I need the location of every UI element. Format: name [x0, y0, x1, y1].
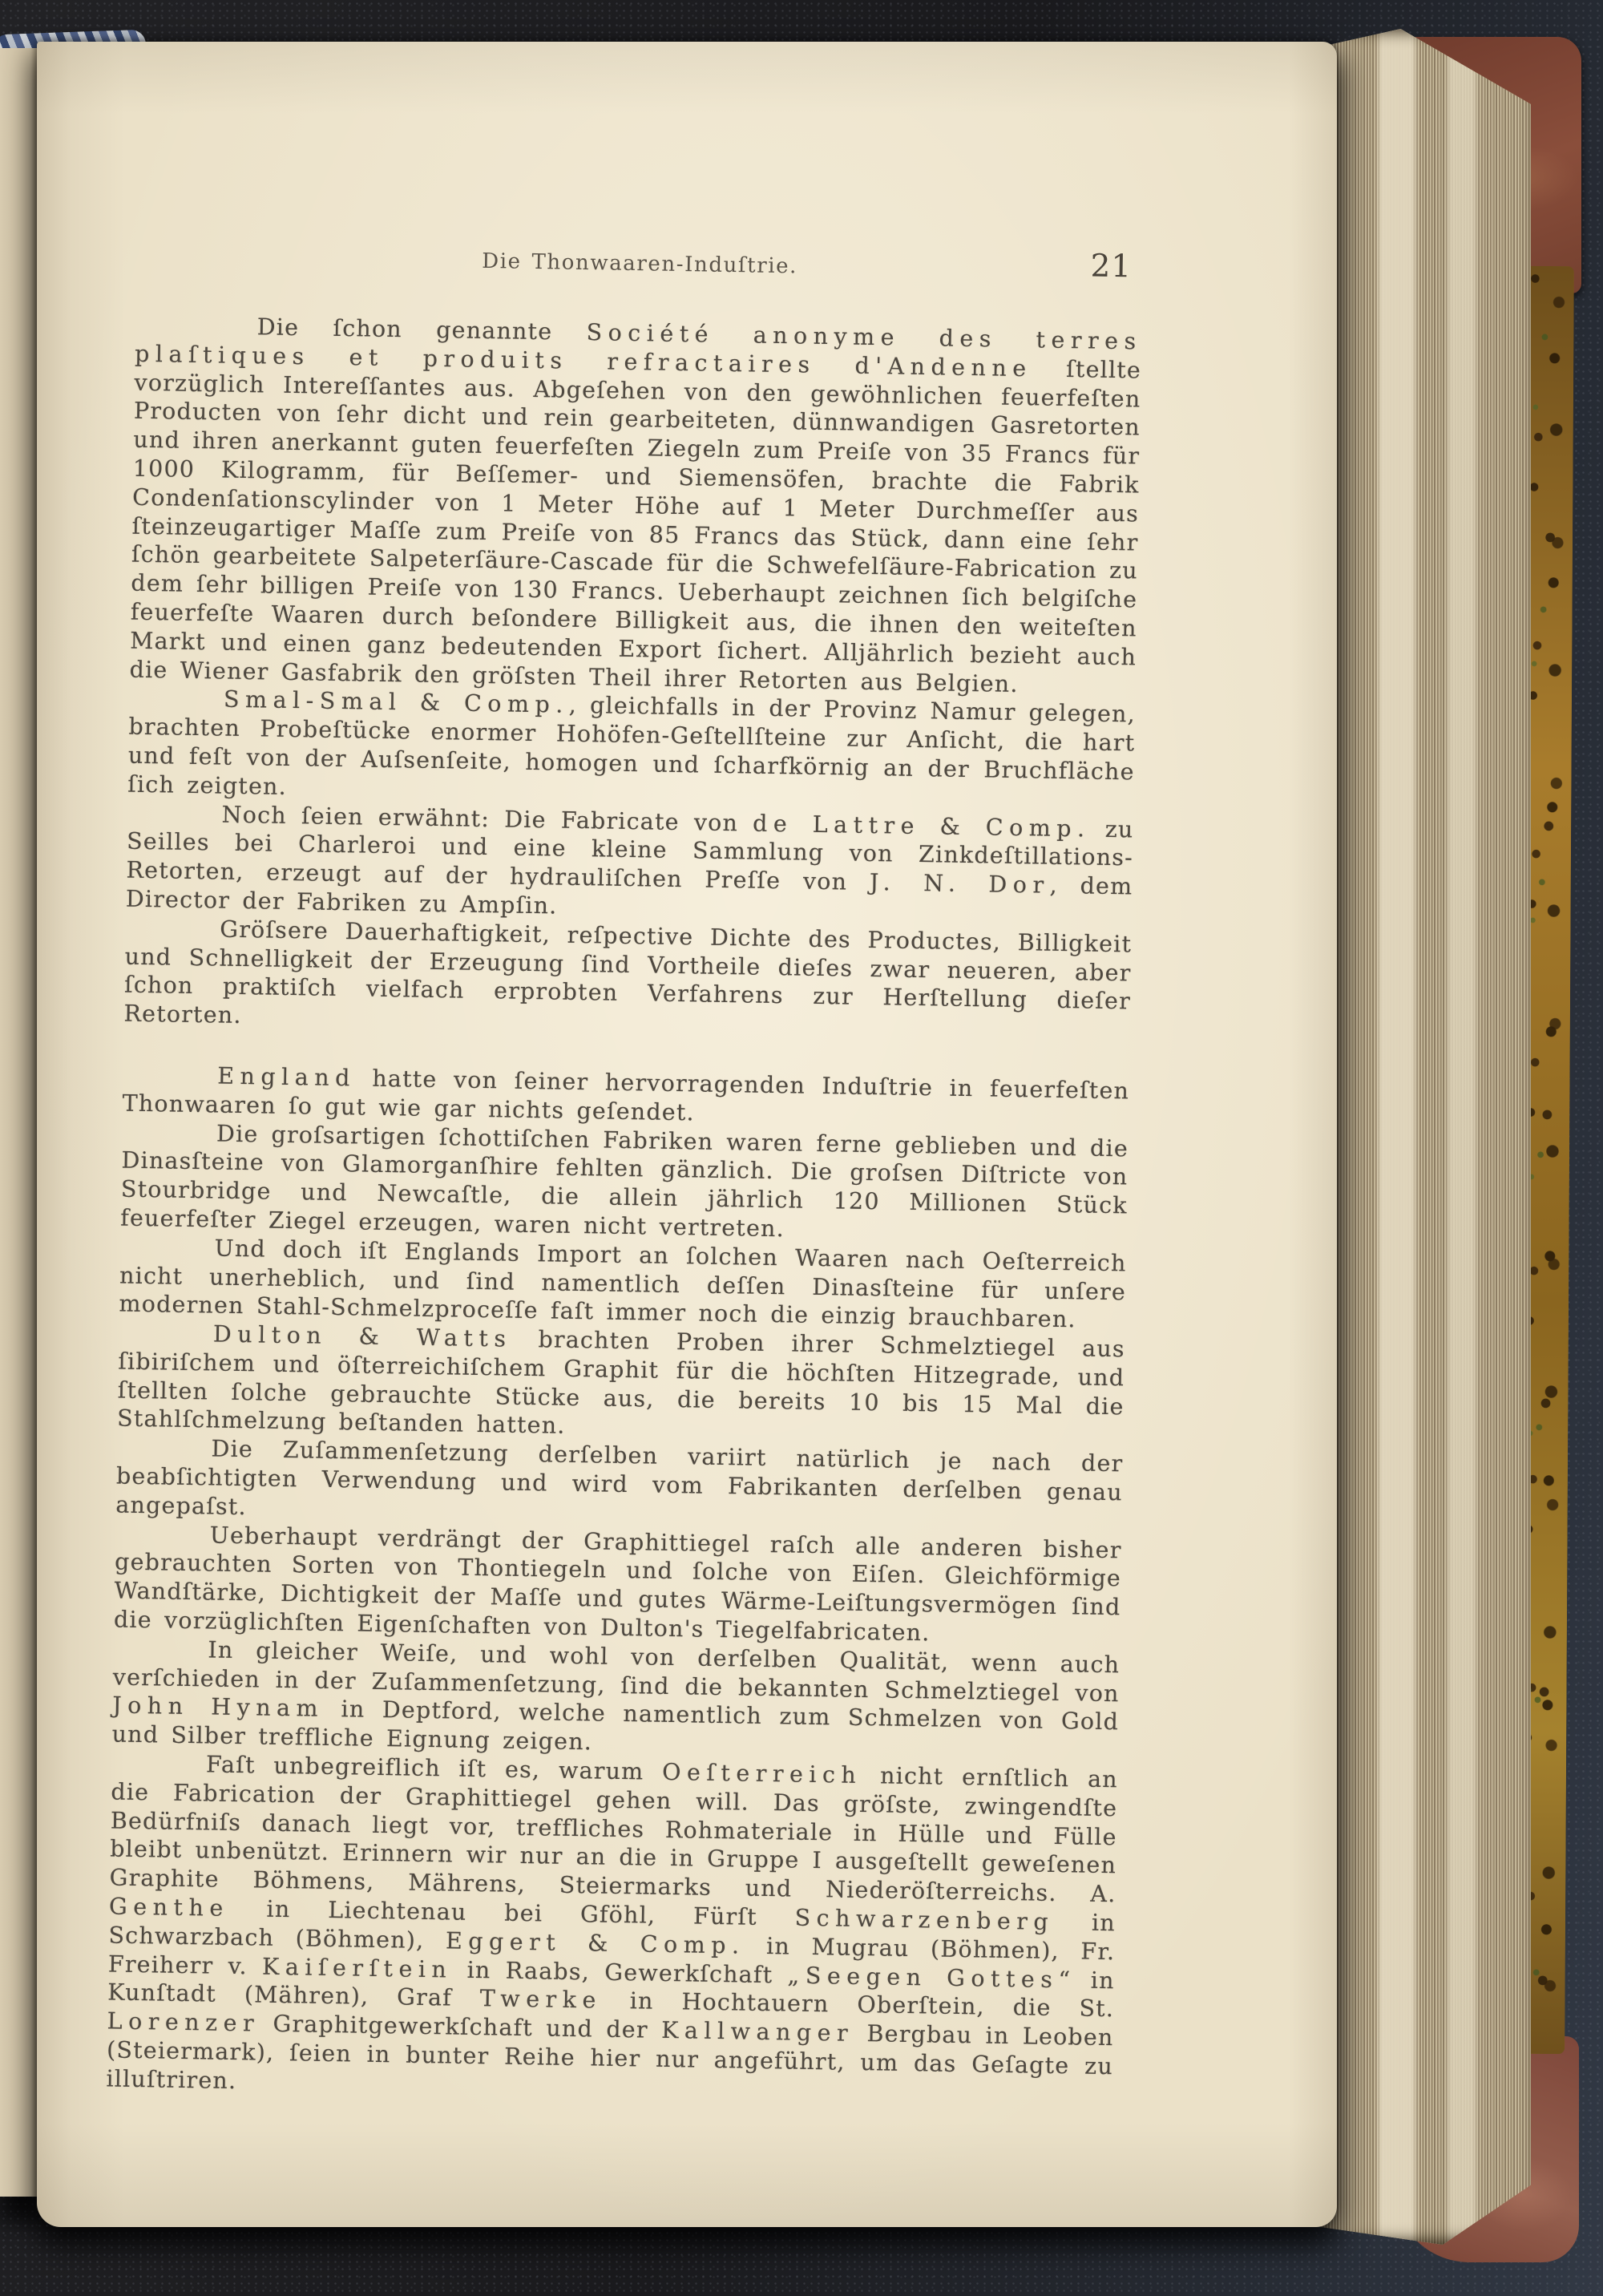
- text-run: Und doch iſt Englands Import an ſolchen …: [119, 1235, 1127, 1332]
- running-title: Die Thonwaaren-Induſtrie.: [136, 244, 1143, 285]
- paragraph: Ueberhaupt verdrängt der Graphittiegel r…: [114, 1519, 1122, 1651]
- letterspaced-name: Eggert & Comp.: [446, 1927, 745, 1958]
- text-block: Die ſchon genannte Société anonyme des t…: [106, 311, 1142, 2110]
- page-content: Die Thonwaaren-Induſtrie. 21 Die ſchon g…: [4, 40, 1340, 2247]
- text-run: Ueberhaupt verdrängt der Graphittiegel r…: [114, 1522, 1122, 1646]
- text-run: Faſt unbegreiflich iſt es, warum: [206, 1751, 663, 1785]
- paragraph: In gleicher Weiſe, und wohl von derſelbe…: [111, 1634, 1120, 1765]
- text-run: Graphitgewerkſchaft und der: [260, 2011, 662, 2043]
- paragraph: Noch ſeien erwähnt: Die Fabricate von de…: [126, 798, 1134, 930]
- text-run: in Raabs, Gewerkſchaft: [452, 1956, 788, 1988]
- letterspaced-name: Twerke: [480, 1986, 603, 2015]
- letterspaced-name: England: [217, 1062, 356, 1091]
- letterspaced-name: Genthe: [109, 1893, 229, 1921]
- paragraph: Die Zuſammenſetzung derſelben variirt na…: [115, 1433, 1124, 1536]
- paragraph: Smal-Smal & Comp., gleichfalls in der Pr…: [127, 684, 1136, 815]
- letterspaced-name: Kallwanger: [661, 2017, 854, 2047]
- paragraph: Gröſsere Dauerhaftigkeit, reſpective Dic…: [123, 913, 1132, 1045]
- paragraph: Dulton & Watts brachten Proben ihrer Sch…: [117, 1319, 1125, 1450]
- paragraph: Die ſchon genannte Société anonyme des t…: [129, 311, 1142, 701]
- text-run: ſtellte vorzüglich Intereſſantes aus. Ab…: [129, 355, 1141, 697]
- paragraph: Und doch iſt Englands Import an ſolchen …: [119, 1232, 1127, 1335]
- letterspaced-name: John Hynam: [112, 1692, 324, 1722]
- book-page: Die Thonwaaren-Induſtrie. 21 Die ſchon g…: [37, 42, 1337, 2227]
- text-run: Die ſchon genannte: [256, 313, 586, 346]
- page-block-fore-edge: [1321, 29, 1531, 2245]
- letterspaced-name: Schwarzenberg: [794, 1905, 1054, 1935]
- text-run: Gröſsere Dauerhaftigkeit, reſpective Dic…: [123, 916, 1132, 1029]
- text-run: Die Zuſammenſetzung derſelben variirt na…: [115, 1436, 1124, 1520]
- paragraph: Faſt unbegreiflich iſt es, warum Oeſterr…: [106, 1749, 1118, 2110]
- letterspaced-name: Smal-Smal & Comp.: [224, 686, 569, 718]
- scan-background: Die Thonwaaren-Induſtrie. 21 Die ſchon g…: [0, 0, 1603, 2296]
- letterspaced-name: „Seegen Gottes“: [787, 1962, 1076, 1993]
- letterspaced-name: Kaiſerſtein: [262, 1953, 453, 1983]
- text-run: Die groſsartigen ſchottiſchen Fabriken w…: [120, 1120, 1129, 1242]
- letterspaced-name: de Lattre & Comp.: [753, 810, 1091, 842]
- letterspaced-name: Oeſterreich: [662, 1759, 862, 1789]
- letterspaced-name: J. N. Dor: [870, 869, 1050, 899]
- letterspaced-name: Lorenzer: [107, 2008, 260, 2037]
- page-header: Die Thonwaaren-Induſtrie. 21: [135, 244, 1143, 309]
- letterspaced-name: Dulton & Watts: [213, 1321, 512, 1352]
- page-number: 21: [1090, 248, 1132, 285]
- paragraph: Die groſsartigen ſchottiſchen Fabriken w…: [120, 1118, 1129, 1249]
